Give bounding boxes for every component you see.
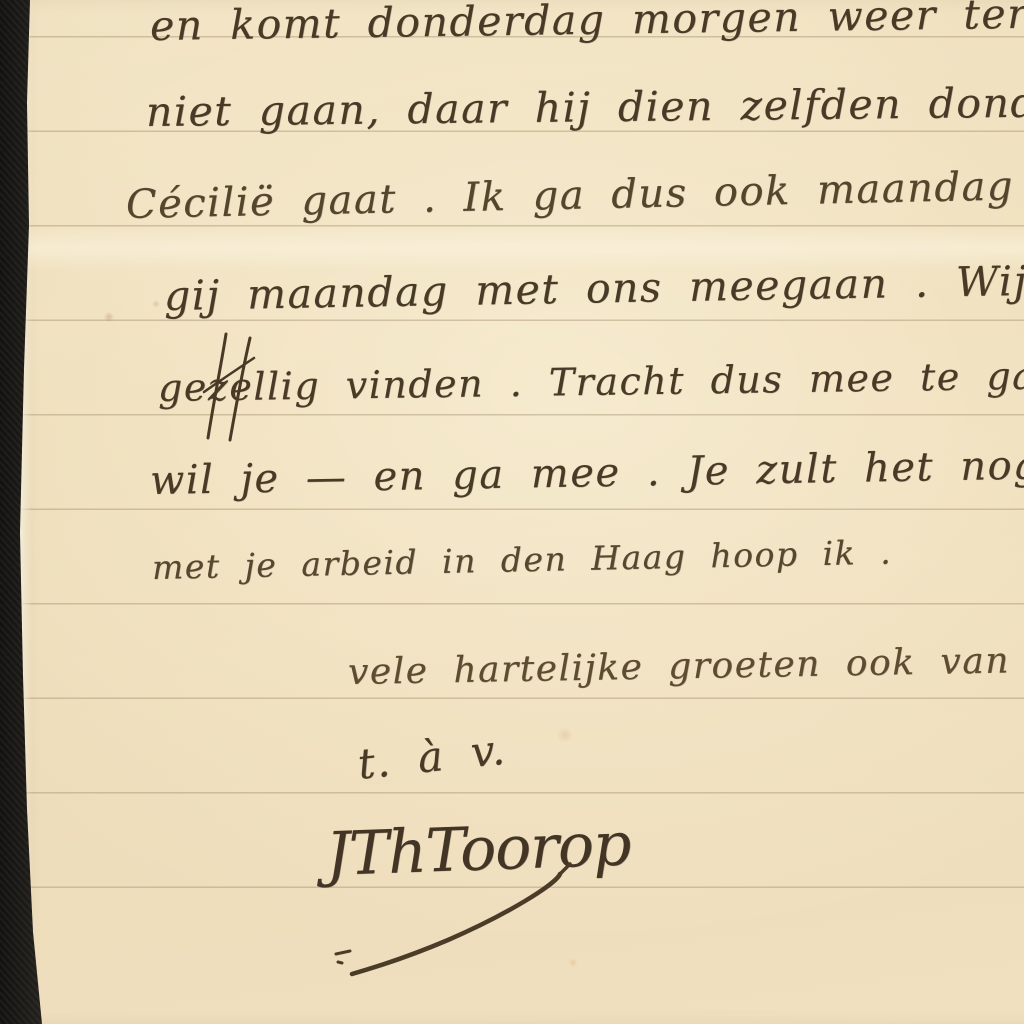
paper-stain — [556, 728, 574, 742]
signature-underline-flourish — [328, 862, 588, 987]
paper-stain — [103, 312, 115, 322]
handwriting-line: niet gaan, daar hij dien zelfden donderd… — [146, 77, 1024, 136]
letter-page: en komt donderdag morgen weer terug . D … — [0, 0, 1024, 1024]
paper-stain — [152, 300, 160, 308]
letter-photo: en komt donderdag morgen weer terug . D … — [0, 0, 1024, 1024]
